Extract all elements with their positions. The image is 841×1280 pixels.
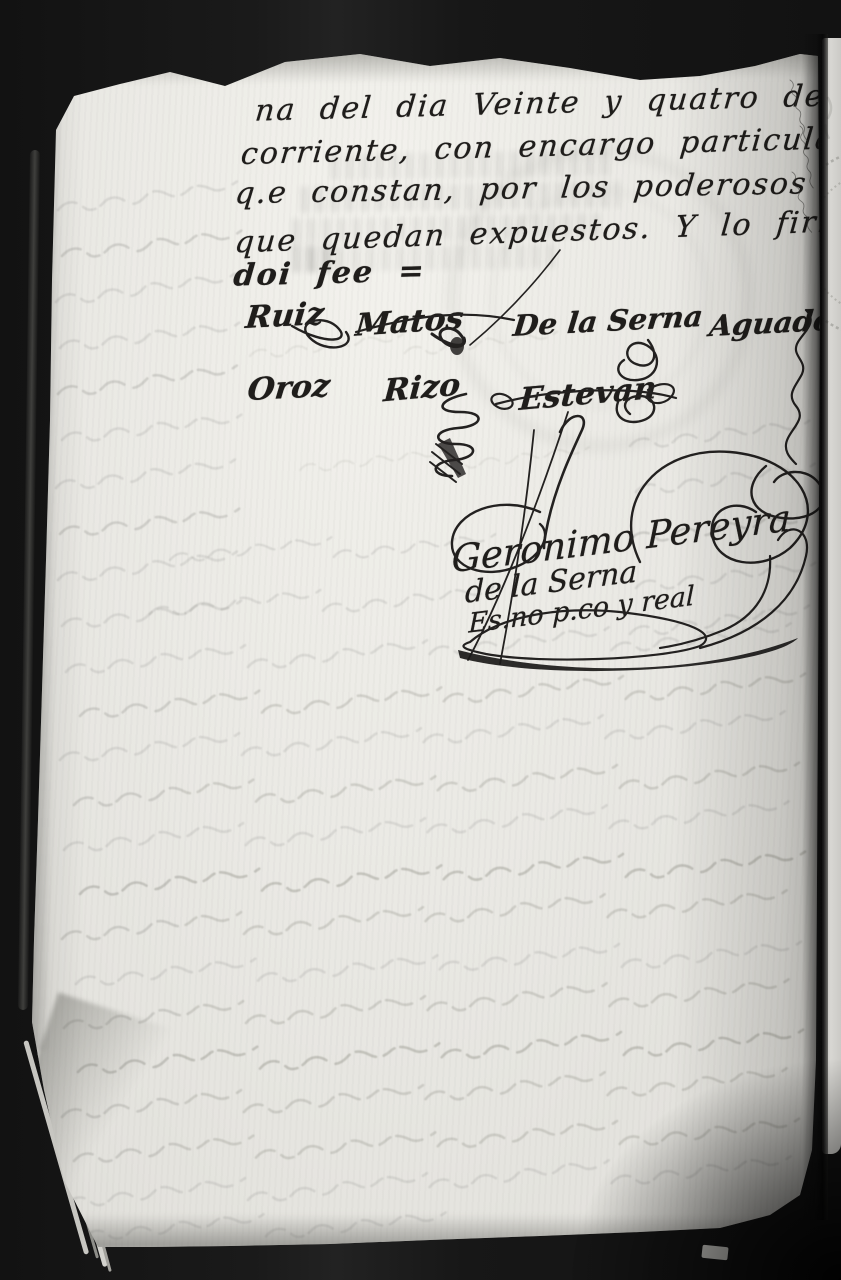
notary-underline-swash bbox=[458, 638, 798, 671]
estevan-descender-strokes bbox=[468, 412, 568, 664]
ruiz-rubric-flourish bbox=[292, 320, 349, 347]
notary-grand-loop bbox=[631, 452, 808, 563]
gutter-ink-tail bbox=[799, 125, 813, 188]
facing-page-stamp-svg bbox=[822, 38, 841, 1154]
book-photo: na del dia Veinte y quatro del corriente… bbox=[0, 0, 841, 1280]
matos-strike-flourish bbox=[356, 315, 514, 332]
manuscript-page: na del dia Veinte y quatro del corriente… bbox=[0, 0, 841, 1280]
stamp-inner-ring bbox=[822, 171, 841, 315]
notary-underline-lens bbox=[463, 610, 706, 659]
gutter-ink-tail bbox=[791, 171, 811, 234]
facing-page-scribble bbox=[825, 98, 831, 140]
gutter-ink-tail bbox=[789, 79, 807, 142]
stamp-outer-ring bbox=[822, 148, 841, 338]
notary-initial-stroke bbox=[544, 416, 584, 548]
rubric-flourish-layer bbox=[0, 0, 841, 1280]
ink-blot bbox=[450, 337, 464, 355]
paper-fragment bbox=[701, 1245, 728, 1261]
expuestos-descender bbox=[470, 250, 560, 345]
notary-descender bbox=[660, 556, 770, 648]
aguado-rubric-snake bbox=[786, 310, 811, 464]
facing-page-edge bbox=[822, 38, 841, 1154]
serna-rubric-knot bbox=[618, 340, 657, 380]
estevan-end-loops bbox=[491, 384, 673, 409]
